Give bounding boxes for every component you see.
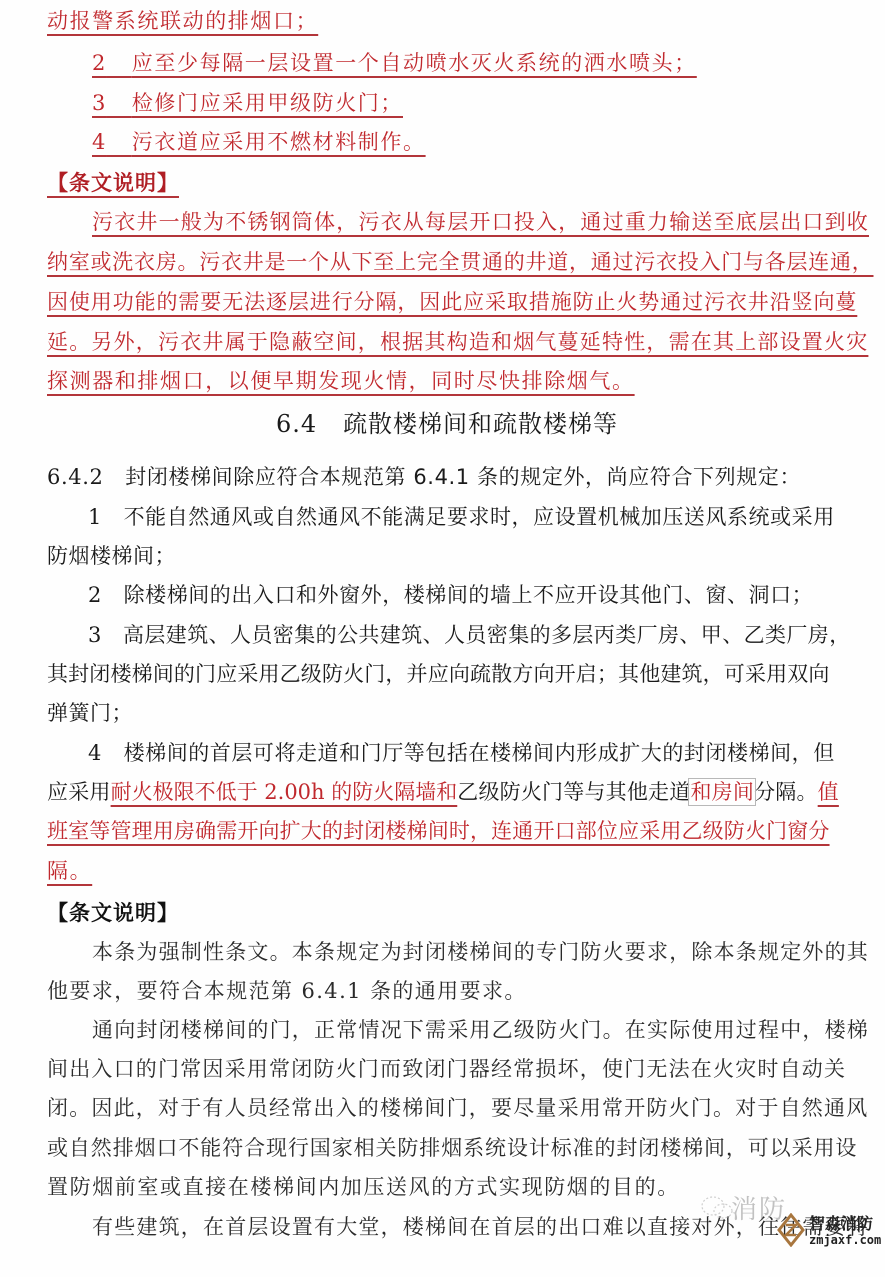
- item-number: 3: [88, 623, 102, 647]
- explanation-line: 探测器和排烟口，以便早期发现火情，同时尽快排除烟气。: [47, 366, 635, 396]
- explanation-paragraph-line: 置防烟前室或直接在楼梯间内加压送风的方式实现防烟的目的。: [47, 1172, 680, 1202]
- explanation-paragraph-line: 他要求，要符合本规范第 6.4.1 条的通用要求。: [47, 976, 527, 1006]
- section-title: 疏散楼梯间和疏散楼梯等: [343, 410, 618, 438]
- text-plain: 应采用: [47, 780, 111, 804]
- clause-intro: 封闭楼梯间除应符合本规范第 6.4.1 条的规定外，尚应符合下列规定：: [125, 465, 801, 489]
- item-number: 2: [92, 51, 107, 75]
- revision-inserted-text: 耐火极限不低于 2.00h 的防火隔墙和: [111, 780, 458, 804]
- revision-inserted-text: 值: [818, 780, 839, 804]
- explanation-line: 污衣井一般为不锈钢筒体，污衣从每层开口投入，通过重力输送至底层出口到收: [92, 207, 869, 237]
- clause-item-2-line1: 2 除楼梯间的出入口和外窗外，楼梯间的墙上不应开设其他门、窗、洞口；: [88, 580, 813, 610]
- item-text: 高层建筑、人员密集的公共建筑、人员密集的多层丙类厂房、甲、乙类厂房，: [123, 623, 851, 647]
- item-text: 检修门应采用甲级防火门；: [132, 91, 403, 115]
- explanation-line: 延。另外，污衣井属于隐蔽空间，根据其构造和烟气蔓延特性，需在其上部设置火灾: [47, 327, 868, 357]
- text-plain: 分隔。: [754, 780, 818, 804]
- item-number: 2: [88, 583, 102, 607]
- explanation-paragraph-line: 本条为强制性条文。本条规定为封闭楼梯间的专门防火要求，除本条规定外的其: [92, 937, 869, 967]
- text-plain: 乙级防火门等与其他走道: [457, 780, 690, 804]
- clause-item-3-line1: 3 高层建筑、人员密集的公共建筑、人员密集的多层丙类厂房、甲、乙类厂房，: [88, 620, 851, 650]
- item-number: 4: [92, 130, 107, 154]
- item-number: 4: [88, 741, 102, 765]
- top-item-2: 2 应至少每隔一层设置一个自动喷水灭火系统的洒水喷头；: [92, 48, 697, 78]
- wechat-icon: [699, 1193, 735, 1223]
- watermark: 消防 智淼消防 zmjaxf.com: [677, 1199, 877, 1259]
- top-item-4: 4 污衣道应采用不燃材料制作。: [92, 127, 426, 157]
- item-text: 应至少每隔一层设置一个自动喷水灭火系统的洒水喷头；: [132, 51, 697, 75]
- clause-item-4-line4: 隔。: [47, 856, 92, 886]
- document-page: 动报警系统联动的排烟口； 2 应至少每隔一层设置一个自动喷水灭火系统的洒水喷头；…: [0, 0, 885, 1277]
- clause-item-4-line3: 班室等管理用房确需开向扩大的封闭楼梯间时，连通开口部位应采用乙级防火门窗分: [47, 816, 830, 846]
- explanation-line: 纳室或洗衣房。污衣井是一个从下至上完全贯通的井道，通过污衣投入门与各层连通，: [47, 247, 874, 277]
- clause-item-4-line1: 4 楼梯间的首层可将走道和门厅等包括在楼梯间内形成扩大的封闭楼梯间，但: [88, 738, 835, 768]
- clause-intro-line: 6.4.2 封闭楼梯间除应符合本规范第 6.4.1 条的规定外，尚应符合下列规定…: [47, 462, 801, 492]
- clause-item-1-line2: 防烟楼梯间；: [47, 541, 176, 571]
- section-number: 6.4: [276, 410, 317, 438]
- brand-logo-icon: [777, 1213, 805, 1247]
- explanation-paragraph-line: 间出入口的门常因采用常闭防火门而致闭门器经常损坏，使门无法在火灾时自动关: [47, 1054, 846, 1084]
- clause-item-3-line3: 弹簧门；: [47, 698, 133, 728]
- clause-number: 6.4.2: [47, 465, 103, 489]
- explanation-label: 【条文说明】: [47, 898, 179, 928]
- section-heading: 6.4 疏散楼梯间和疏散楼梯等: [276, 408, 618, 440]
- revision-boxed-text: 和房间: [690, 780, 754, 804]
- item-text: 除楼梯间的出入口和外窗外，楼梯间的墙上不应开设其他门、窗、洞口；: [124, 583, 814, 607]
- continuation-line: 动报警系统联动的排烟口；: [47, 6, 318, 36]
- brand-url: zmjaxf.com: [809, 1233, 881, 1247]
- explanation-line: 因使用功能的需要无法逐层进行分隔，因此应采取措施防止火势通过污衣井沿竖向蔓: [47, 287, 857, 317]
- top-item-3: 3 检修门应采用甲级防火门；: [92, 88, 403, 118]
- clause-item-4-line2: 应采用耐火极限不低于 2.00h 的防火隔墙和乙级防火门等与其他走道和房间分隔。…: [47, 777, 839, 807]
- explanation-paragraph-line: 通向封闭楼梯间的门，正常情况下需采用乙级防火门。在实际使用过程中，楼梯: [92, 1015, 869, 1045]
- item-text: 楼梯间的首层可将走道和门厅等包括在楼梯间内形成扩大的封闭楼梯间，但: [124, 741, 835, 765]
- brand-name: 智淼消防: [809, 1211, 873, 1234]
- item-text: 不能自然通风或自然通风不能满足要求时，应设置机械加压送风系统或采用: [124, 505, 835, 529]
- clause-item-3-line2: 其封闭楼梯间的门应采用乙级防火门，并应向疏散方向开启；其他建筑，可采用双向: [47, 659, 830, 689]
- item-number: 3: [92, 91, 107, 115]
- explanation-label-top: 【条文说明】: [47, 168, 179, 198]
- item-number: 1: [88, 505, 102, 529]
- explanation-paragraph-line: 闭。因此，对于有人员经常出入的楼梯间门，要尽量采用常开防火门。对于自然通风: [47, 1093, 868, 1123]
- clause-item-1-line1: 1 不能自然通风或自然通风不能满足要求时，应设置机械加压送风系统或采用: [88, 502, 835, 532]
- explanation-paragraph-line: 或自然排烟口不能符合现行国家相关防排烟系统设计标准的封闭楼梯间，可以采用设: [47, 1133, 857, 1163]
- item-text: 污衣道应采用不燃材料制作。: [132, 130, 426, 154]
